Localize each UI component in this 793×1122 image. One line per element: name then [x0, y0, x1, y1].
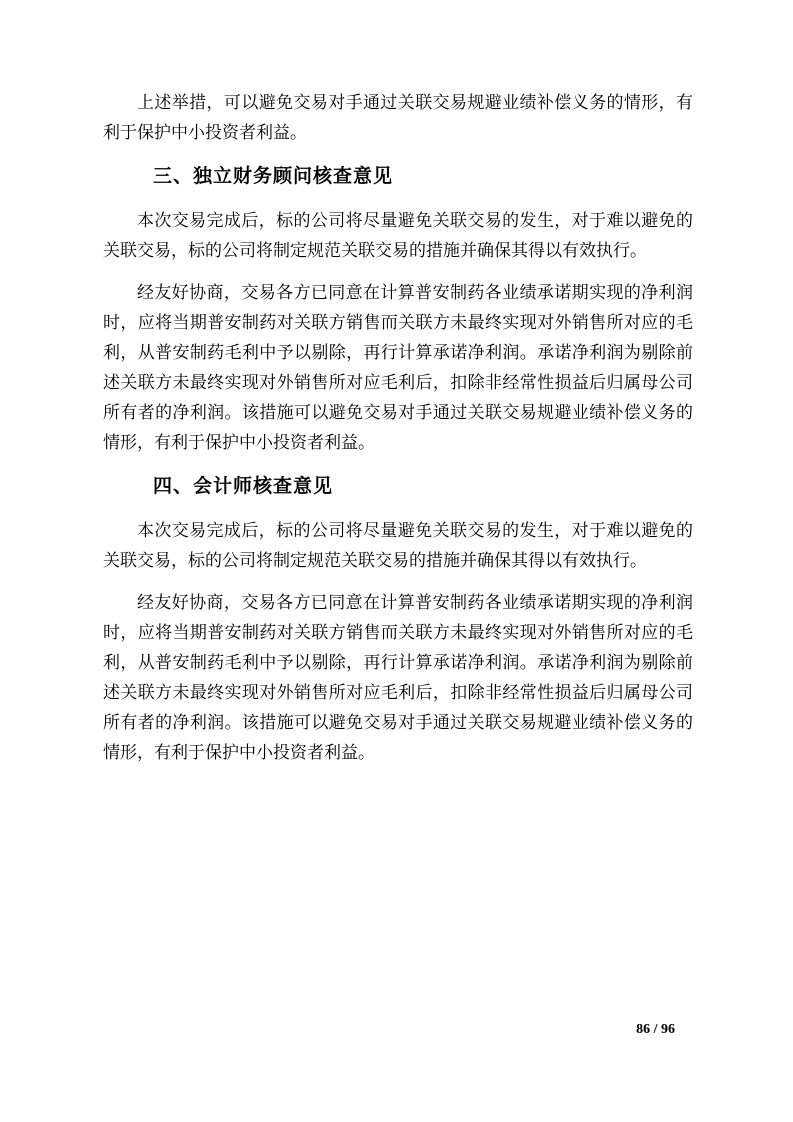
body-paragraph-advisor-profit-calculation: 经友好协商，交易各方已同意在计算普安制药各业绩承诺期实现的净利润时，应将当期普安… [103, 278, 693, 458]
section-heading-independent-financial-advisor-opinion: 三、独立财务顾问核查意见 [153, 162, 693, 192]
body-paragraph-accountant-transaction-completion: 本次交易完成后，标的公司将尽量避免关联交易的发生，对于难以避免的关联交易，标的公… [103, 516, 693, 576]
page-number: 86 / 96 [636, 1021, 675, 1039]
document-page: 上述举措，可以避免交易对手通过关联交易规避业绩补偿义务的情形，有利于保护中小投资… [0, 0, 793, 1122]
body-paragraph-accountant-profit-calculation: 经友好协商，交易各方已同意在计算普安制药各业绩承诺期实现的净利润时，应将当期普安… [103, 588, 693, 768]
body-paragraph-intro-measures: 上述举措，可以避免交易对手通过关联交易规避业绩补偿义务的情形，有利于保护中小投资… [103, 88, 693, 148]
body-paragraph-advisor-transaction-completion: 本次交易完成后，标的公司将尽量避免关联交易的发生，对于难以避免的关联交易，标的公… [103, 206, 693, 266]
section-heading-accountant-opinion: 四、会计师核查意见 [153, 472, 693, 502]
